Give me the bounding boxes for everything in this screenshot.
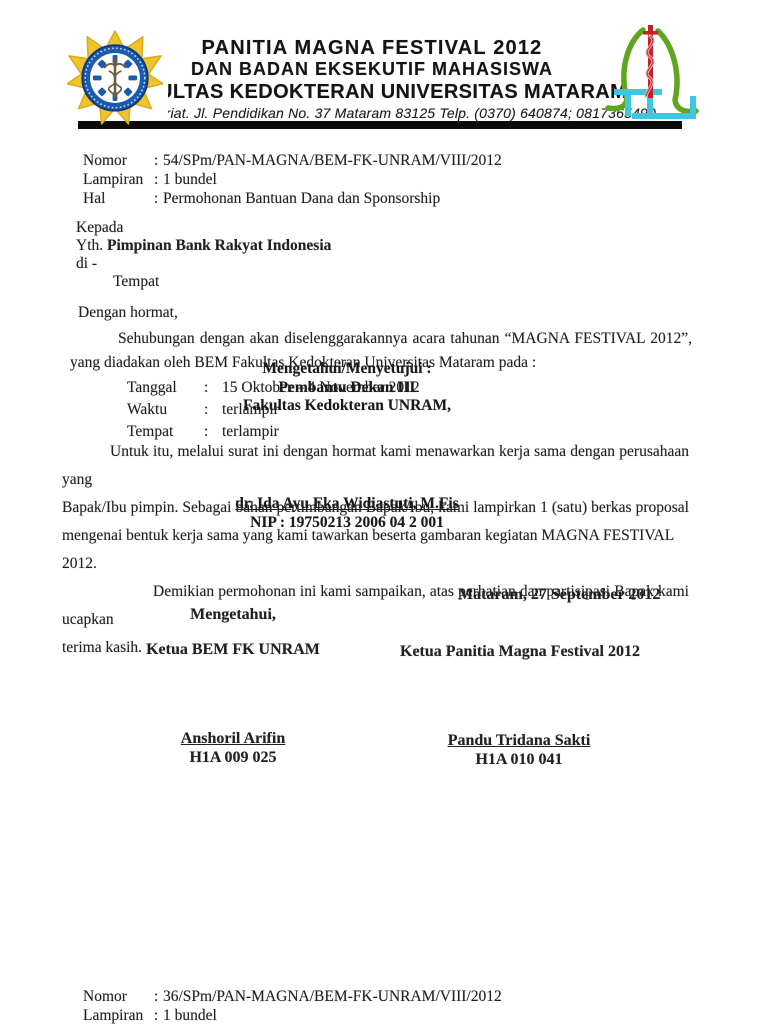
right-signer-name: Pandu Tridana Sakti xyxy=(409,731,629,750)
meta-row-hal: Hal:Permohonan Bantuan Dana dan Sponsors… xyxy=(83,189,502,208)
recipient-block: Kepada Yth. Pimpinan Bank Rakyat Indones… xyxy=(76,219,331,291)
page2-nomor-value: 36/SPm/PAN-MAGNA/BEM-FK-UNRAM/VIII/2012 xyxy=(163,987,502,1006)
unram-emblem-icon xyxy=(54,15,168,121)
meta-row-lampiran: Lampiran:1 bundel xyxy=(83,170,502,189)
right-signer-id: H1A 010 041 xyxy=(409,750,629,769)
left-signer-title: Ketua BEM FK UNRAM xyxy=(133,641,333,659)
dateline: Mataram, 27 September 2012 xyxy=(458,586,660,604)
letter-meta: Nomor:54/SPm/PAN-MAGNA/BEM-FK-UNRAM/VIII… xyxy=(83,151,502,208)
approval-line1: Mengetahui/Menyetujui : xyxy=(197,360,497,379)
approver-name: dr. Ida Ayu Eka Widiastuti, M.Fis xyxy=(197,494,497,513)
di-line: di - xyxy=(76,255,331,273)
approval-line3: Fakultas Kedokteran UNRAM, xyxy=(197,397,497,416)
meta-row-nomor: Nomor:54/SPm/PAN-MAGNA/BEM-FK-UNRAM/VIII… xyxy=(83,151,502,170)
lampiran-value: 1 bundel xyxy=(163,170,217,189)
right-signer-title: Ketua Panitia Magna Festival 2012 xyxy=(400,643,640,661)
rod-of-asclepius xyxy=(643,25,658,98)
mengetahui-label: Mengetahui, xyxy=(150,606,316,624)
kepada-line: Kepada xyxy=(76,219,331,237)
salutation: Dengan hormat, xyxy=(78,304,178,322)
paragraph-2-and-3: Untuk itu, melalui surat ini dengan horm… xyxy=(62,438,689,662)
nomor-value: 54/SPm/PAN-MAGNA/BEM-FK-UNRAM/VIII/2012 xyxy=(163,151,502,170)
left-signer-block: Anshoril Arifin H1A 009 025 xyxy=(123,729,343,767)
approval-line2: Pembantu Dekan III xyxy=(197,379,497,398)
approval-overlay-name: dr. Ida Ayu Eka Widiastuti, M.Fis NIP : … xyxy=(197,494,497,532)
recipient-name: Pimpinan Bank Rakyat Indonesia xyxy=(107,237,331,254)
left-signer-id: H1A 009 025 xyxy=(123,748,343,767)
letter-page: PANITIA MAGNA FESTIVAL 2012 DAN BADAN EK… xyxy=(0,0,768,1024)
approval-overlay-top: Mengetahui/Menyetujui : Pembantu Dekan I… xyxy=(197,360,497,416)
page2-meta-row-nomor: Nomor:36/SPm/PAN-MAGNA/BEM-FK-UNRAM/VIII… xyxy=(83,987,502,1006)
yth-line: Yth. Pimpinan Bank Rakyat Indonesia xyxy=(76,237,331,255)
right-signer-block: Pandu Tridana Sakti H1A 010 041 xyxy=(409,731,629,769)
page2-meta-row-lampiran: Lampiran:1 bundel xyxy=(83,1006,502,1024)
left-signer-name: Anshoril Arifin xyxy=(123,729,343,748)
page2-lampiran-value: 1 bundel xyxy=(163,1006,217,1024)
approver-nip: NIP : 19750213 2006 04 2 001 xyxy=(197,513,497,532)
tempat-line: Tempat xyxy=(76,273,331,291)
page2-letter-meta: Nomor:36/SPm/PAN-MAGNA/BEM-FK-UNRAM/VIII… xyxy=(83,987,502,1024)
medical-faculty-emblem-icon xyxy=(596,12,708,134)
letterhead-divider xyxy=(78,121,682,129)
hal-value: Permohonan Bantuan Dana dan Sponsorship xyxy=(163,189,440,208)
